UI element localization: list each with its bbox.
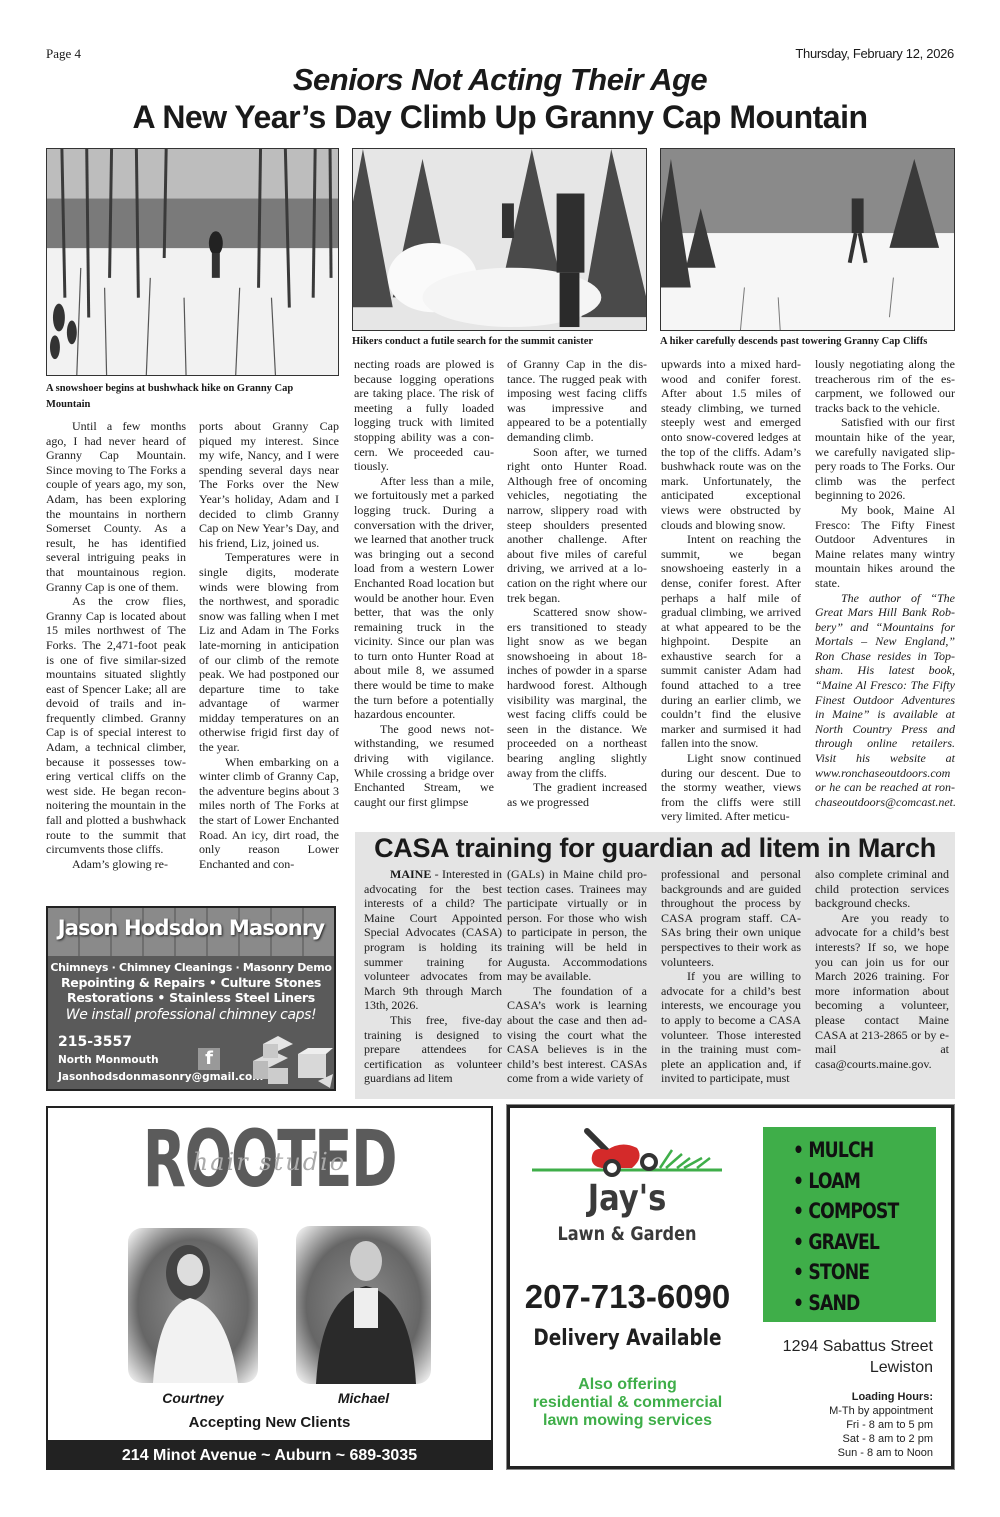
jays-lawn-garden-ad[interactable]: Jay's Lawn & Garden 207-713-6090 Deliver… xyxy=(507,1105,954,1469)
product-item: • GRAVEL xyxy=(793,1227,910,1258)
hours-title: Loading Hours: xyxy=(829,1390,933,1404)
product-item: • COMPOST xyxy=(793,1196,910,1227)
ad-town: North Monmouth xyxy=(58,1054,159,1066)
ad-delivery: Delivery Available xyxy=(533,1326,722,1351)
paragraph: Adam’s glowing re- xyxy=(46,857,186,872)
paragraph: upwards into a mixed hard­wood and conif… xyxy=(661,357,801,532)
ad-subtitle: Lawn & Garden xyxy=(546,1223,708,1245)
stylist-photo-courtney xyxy=(128,1228,258,1383)
product-item: • SAND xyxy=(793,1288,910,1319)
paragraph: professional and personal backgrounds an… xyxy=(661,867,801,969)
casa-column-1: MAINE - Interested in advocating for the… xyxy=(364,867,502,1086)
ad-services-line: Repointing & Repairs • Culture Stones xyxy=(48,975,334,990)
hours-line: Sat - 8 am to 2 pm xyxy=(829,1432,933,1446)
article-column-3: necting roads are plowed is because logg… xyxy=(354,357,494,809)
paragraph: The gradient in­creased as we progressed xyxy=(507,780,647,809)
stylist-name: Courtney xyxy=(128,1390,258,1406)
hikers-snowy-trees-photo xyxy=(352,148,647,331)
paragraph: As the crow flies, Granny Cap is located… xyxy=(46,594,186,857)
ad-phone: 215-3557 xyxy=(58,1034,132,1050)
lawn-mower-logo-icon xyxy=(532,1128,722,1183)
loading-hours: Loading Hours: M-Th by appointment Fri -… xyxy=(829,1390,933,1460)
paragraph: If you are willing to advocate for a chi… xyxy=(661,969,801,1086)
paragraph: Scattered snow show­ers transitioned to … xyxy=(507,605,647,780)
article-kicker: Seniors Not Acting Their Age xyxy=(0,62,1000,98)
product-item: • MULCH xyxy=(793,1135,910,1166)
ad-phone: 207-713-6090 xyxy=(515,1278,740,1316)
paragraph: Until a few months ago, I had never hear… xyxy=(46,419,186,594)
paragraph: This free, five-day training is designed… xyxy=(364,1013,502,1086)
paragraph: - Interested in advocating for the best … xyxy=(364,867,502,1012)
ad-address: 1294 Sabattus Street Lewiston xyxy=(783,1336,933,1378)
ad-slogan: We install professional chimney caps! xyxy=(48,1007,334,1023)
paragraph: After less than a mile, we fortuitously … xyxy=(354,474,494,722)
article-column-2: ports about Granny Cap piqued my interes… xyxy=(199,419,339,871)
paragraph: Soon after, we turned right onto Hunter … xyxy=(507,445,647,606)
casa-column-2: (GALs) in Maine child pro­tection cases.… xyxy=(507,867,647,1086)
article-column-1: Until a few months ago, I had never hear… xyxy=(46,419,186,871)
paragraph: The foundation of a CASA’s work is learn… xyxy=(507,984,647,1086)
stylist-photo-michael xyxy=(296,1226,431,1384)
product-item: • STONE xyxy=(793,1257,910,1288)
ad-services-line: Chimneys · Chimney Cleanings · Masonry D… xyxy=(48,960,334,975)
paragraph: Temperatures were in single digits, mode… xyxy=(199,550,339,754)
hours-line: Sun - 8 am to Noon xyxy=(829,1446,933,1460)
address-line: 1294 Sabattus Street xyxy=(783,1336,933,1357)
paragraph: Are you ready to advocate for a child’s … xyxy=(815,911,949,1072)
article-column-6: lously negotiating along the treacherous… xyxy=(815,357,955,809)
ad-business-name: Jason Hodsdon Masonry xyxy=(48,916,334,940)
paragraph: ports about Granny Cap piqued my interes… xyxy=(199,419,339,550)
products-box: • MULCH • LOAM • COMPOST • GRAVEL • STON… xyxy=(763,1127,936,1322)
paragraph: of Granny Cap in the dis­tance. The rugg… xyxy=(507,357,647,445)
photo-caption: A hiker carefully descends past towering… xyxy=(660,334,960,350)
snowshoer-forest-photo xyxy=(46,148,339,376)
ad-text-line: residential & commercial xyxy=(515,1394,740,1412)
photo-caption: Hikers conduct a futile search for the s… xyxy=(352,334,652,350)
article-column-5: upwards into a mixed hard­wood and conif… xyxy=(661,357,801,824)
product-item: • LOAM xyxy=(793,1166,910,1197)
rooted-address-bar: 214 Minot Avenue ~ Auburn ~ 689-3035 xyxy=(46,1442,493,1470)
paragraph: Satisfied with our first mountain hike o… xyxy=(815,415,955,503)
author-bio: The author of “The Great Mars Hill Bank … xyxy=(815,591,955,810)
hiker-cliff-descent-photo xyxy=(660,148,955,331)
paragraph: Intent on reaching the summit, we began … xyxy=(661,532,801,751)
page-number: Page 4 xyxy=(46,46,81,62)
ad-text-line: lawn mowing services xyxy=(515,1412,740,1430)
issue-date: Thursday, February 12, 2026 xyxy=(795,46,954,61)
casa-column-4: also complete crimi­nal and child protec… xyxy=(815,867,949,1071)
ad-business-name: Jay's xyxy=(546,1178,708,1219)
masonry-ad[interactable]: Jason Hodsdon Masonry Chimneys · Chimney… xyxy=(46,906,336,1091)
hours-line: Fri - 8 am to 5 pm xyxy=(829,1418,933,1432)
address-line: Lewiston xyxy=(783,1357,933,1378)
ad-services-line: Restorations • Stainless Steel Liners xyxy=(48,990,334,1005)
article-column-4: of Granny Cap in the dis­tance. The rugg… xyxy=(507,357,647,809)
paragraph: My book, Maine Al Fresco: The Fifty Fine… xyxy=(815,503,955,591)
ad-email[interactable]: Jasonhodsdonmasonry@gmail.com xyxy=(58,1071,263,1083)
ad-text-line: Also offering xyxy=(515,1376,740,1394)
logo-script: hair studio xyxy=(48,1148,491,1176)
paragraph: necting roads are plowed is because logg… xyxy=(354,357,494,474)
casa-headline: CASA training for guardian ad litem in M… xyxy=(355,833,955,864)
paragraph: Light snow continued during our descent.… xyxy=(661,751,801,824)
paragraph: also complete crimi­nal and child protec… xyxy=(815,867,949,911)
dateline: MAINE xyxy=(390,867,431,881)
casa-column-3: professional and personal backgrounds an… xyxy=(661,867,801,1086)
ad-tagline: Accepting New Clients xyxy=(48,1414,491,1431)
paragraph: The good news not­withstanding, we resum… xyxy=(354,722,494,810)
paragraph: When embarking on a winter climb of Gran… xyxy=(199,755,339,872)
rooted-hair-studio-ad[interactable]: ROOTED hair studio Courtney Michael Acce… xyxy=(46,1106,493,1442)
ad-mowing-services: Also offering residential & commercial l… xyxy=(515,1376,740,1430)
brick-wall-banner: Jason Hodsdon Masonry xyxy=(48,908,334,956)
hours-line: M-Th by appointment xyxy=(829,1404,933,1418)
paragraph: (GALs) in Maine child pro­tection cases.… xyxy=(507,867,647,984)
photo-caption: A snowshoer begins at bushwhack hike on … xyxy=(46,381,339,413)
article-headline: A New Year’s Day Climb Up Granny Cap Mou… xyxy=(0,99,1000,136)
paragraph: lously negotiating along the treacherous… xyxy=(815,357,955,415)
stylist-name: Michael xyxy=(296,1390,431,1406)
facebook-icon[interactable]: f xyxy=(198,1048,220,1070)
cinder-blocks-icon xyxy=(248,1036,333,1091)
